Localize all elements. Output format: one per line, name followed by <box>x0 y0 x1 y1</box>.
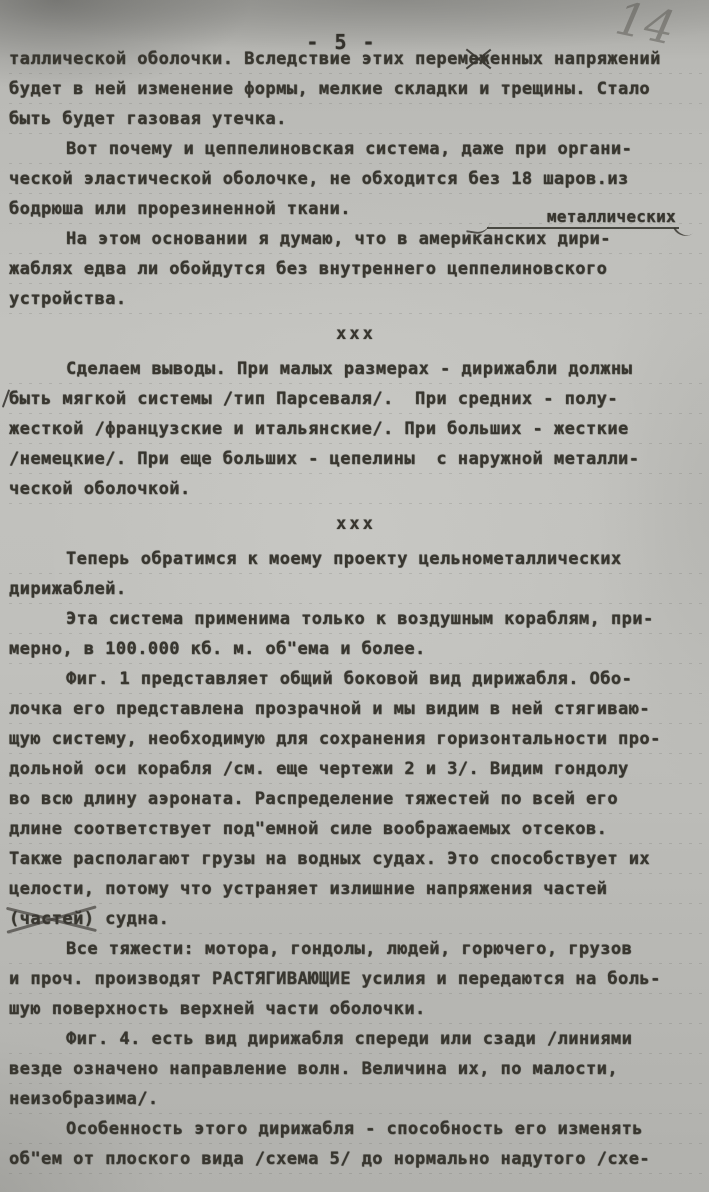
section-divider: ххх <box>9 319 703 349</box>
text-line: Эта система применима только к воздушным… <box>9 604 703 634</box>
text-line: об"ем от плоского вида /схема 5/ до норм… <box>9 1144 703 1174</box>
text-segment: быть будет газовая утечка. <box>9 109 287 129</box>
text-line: На этом основании я думаю, что в америка… <box>9 224 703 254</box>
text-segment: Особенность этого дирижабля - способност… <box>66 1119 643 1139</box>
text-segment: дирижаблей. <box>9 579 127 599</box>
text-line: Вот почему и цеппелиновская система, даж… <box>9 134 703 164</box>
text-segment: шую поверхность верхней части оболочки. <box>9 999 426 1019</box>
text-line: быть будет газовая утечка. <box>9 104 703 134</box>
text-line: неизобразима/. <box>9 1084 703 1114</box>
text-line: быть мягкой системы /тип Парсеваля/. При… <box>9 384 703 414</box>
document-page: - 5 - 14 таллической оболочки. Вследстви… <box>0 0 709 1192</box>
text-line: длине соответствует под"емной силе вообр… <box>9 814 703 844</box>
text-segment: Все тяжести: мотора, гондолы, людей, гор… <box>66 939 632 959</box>
text-segment: /немецкие/. При еще больших - цепелины с… <box>9 449 639 469</box>
text-line: устройства. <box>9 284 703 314</box>
text-line: Все тяжести: мотора, гондолы, людей, гор… <box>9 934 703 964</box>
text-line: мерно, в 100.000 кб. м. об"ема и более. <box>9 634 703 664</box>
text-segment: Фиг. 4. есть вид дирижабля спереди или с… <box>66 1029 632 1049</box>
text-segment: Теперь обратимся к моему проекту цельном… <box>66 549 622 569</box>
text-segment: и проч. производят РАСТЯГИВАЮЩИЕ усилия … <box>9 969 661 989</box>
text-segment: целости, потому что устраняет излишние н… <box>9 879 607 899</box>
text-line: во всю длину аэроната. Распределение тяж… <box>9 784 703 814</box>
text-segment: енных напряжений <box>490 49 661 69</box>
text-segment: мерно, в 100.000 кб. м. об"ема и более. <box>9 639 426 659</box>
text-line: дольной оси корабля /см. еще чертежи 2 и… <box>9 754 703 784</box>
text-line: везде означено направление волн. Величин… <box>9 1054 703 1084</box>
text-line: Фиг. 4. есть вид дирижабля спереди или с… <box>9 1024 703 1054</box>
text-line: дирижаблей. <box>9 574 703 604</box>
text-segment: бодрюша или прорезиненной ткани. <box>9 199 351 219</box>
text-segment: ческой эластической оболочке, не обходит… <box>9 169 629 189</box>
text-line: Теперь обратимся к моему проекту цельном… <box>9 544 703 574</box>
text-line: щую систему, необходимую для сохранения … <box>9 724 703 754</box>
text-line: будет в ней изменение формы, мелкие скла… <box>9 74 703 104</box>
inserted-word: металлических <box>487 207 679 229</box>
text-segment: устройства. <box>9 289 127 309</box>
text-segment: Вот почему и цеппелиновская система, даж… <box>66 139 632 159</box>
text-segment: Также располагают грузы на водных судах.… <box>9 849 650 869</box>
text-line: ческой эластической оболочке, не обходит… <box>9 164 703 194</box>
text-line: шую поверхность верхней части оболочки. <box>9 994 703 1024</box>
text-line: (частей) судна. <box>9 904 703 934</box>
text-line: и проч. производят РАСТЯГИВАЮЩИЕ усилия … <box>9 964 703 994</box>
text-line: Особенность этого дирижабля - способност… <box>9 1114 703 1144</box>
text-line: Фиг. 1 представляет общий боковой вид ди… <box>9 664 703 694</box>
text-segment: судна. <box>94 909 169 929</box>
text-segment: щую систему, необходимую для сохранения … <box>9 729 661 749</box>
text-line: жесткой /французские и итальянские/. При… <box>9 414 703 444</box>
text-segment: жаблях едва ли обойдутся без внутреннего… <box>9 259 607 279</box>
text-segment: во всю длину аэроната. Распределение тяж… <box>9 789 618 809</box>
text-line: Также располагают грузы на водных судах.… <box>9 844 703 874</box>
text-segment: быть мягкой системы /тип Парсеваля/. При… <box>9 389 618 409</box>
text-line: лочка его представлена прозрачной и мы в… <box>9 694 703 724</box>
text-segment: длине соответствует под"емной силе вообр… <box>9 819 607 839</box>
text-line: целости, потому что устраняет излишние н… <box>9 874 703 904</box>
text-segment: Фиг. 1 представляет общий боковой вид ди… <box>66 669 632 689</box>
text-line: /немецкие/. При еще больших - цепелины с… <box>9 444 703 474</box>
text-segment: Эта система применима только к воздушным… <box>66 609 654 629</box>
text-segment: Сделаем выводы. При малых размерах - дир… <box>66 359 632 379</box>
text-segment: дольной оси корабля /см. еще чертежи 2 и… <box>9 759 629 779</box>
text-segment: неизобразима/. <box>9 1089 159 1109</box>
text-line: таллической оболочки. Вследствие этих пе… <box>9 44 703 74</box>
text-segment: На этом основании я думаю, что в америка… <box>66 229 611 249</box>
text-line: Сделаем выводы. При малых размерах - дир… <box>9 354 703 384</box>
crossed-out-word: (частей) <box>9 904 94 934</box>
text-segment: жесткой /французские и итальянские/. При… <box>9 419 629 439</box>
text-segment: ческой оболочкой. <box>9 479 191 499</box>
text-segment: лочка его представлена прозрачной и мы в… <box>9 699 650 719</box>
text-segment: будет в ней изменение формы, мелкие скла… <box>9 79 650 99</box>
text-segment: таллической оболочки. Вследствие этих пе… <box>9 49 468 69</box>
text-segment: об"ем от плоского вида /схема 5/ до норм… <box>9 1149 650 1169</box>
text-line: ческой оболочкой. <box>9 474 703 504</box>
section-divider: ххх <box>9 509 703 539</box>
typewritten-text-body: таллической оболочки. Вследствие этих пе… <box>9 44 703 1174</box>
crossed-out-letters: еж <box>468 44 489 74</box>
text-segment: везде означено направление волн. Величин… <box>9 1059 618 1079</box>
text-line: жаблях едва ли обойдутся без внутреннего… <box>9 254 703 284</box>
